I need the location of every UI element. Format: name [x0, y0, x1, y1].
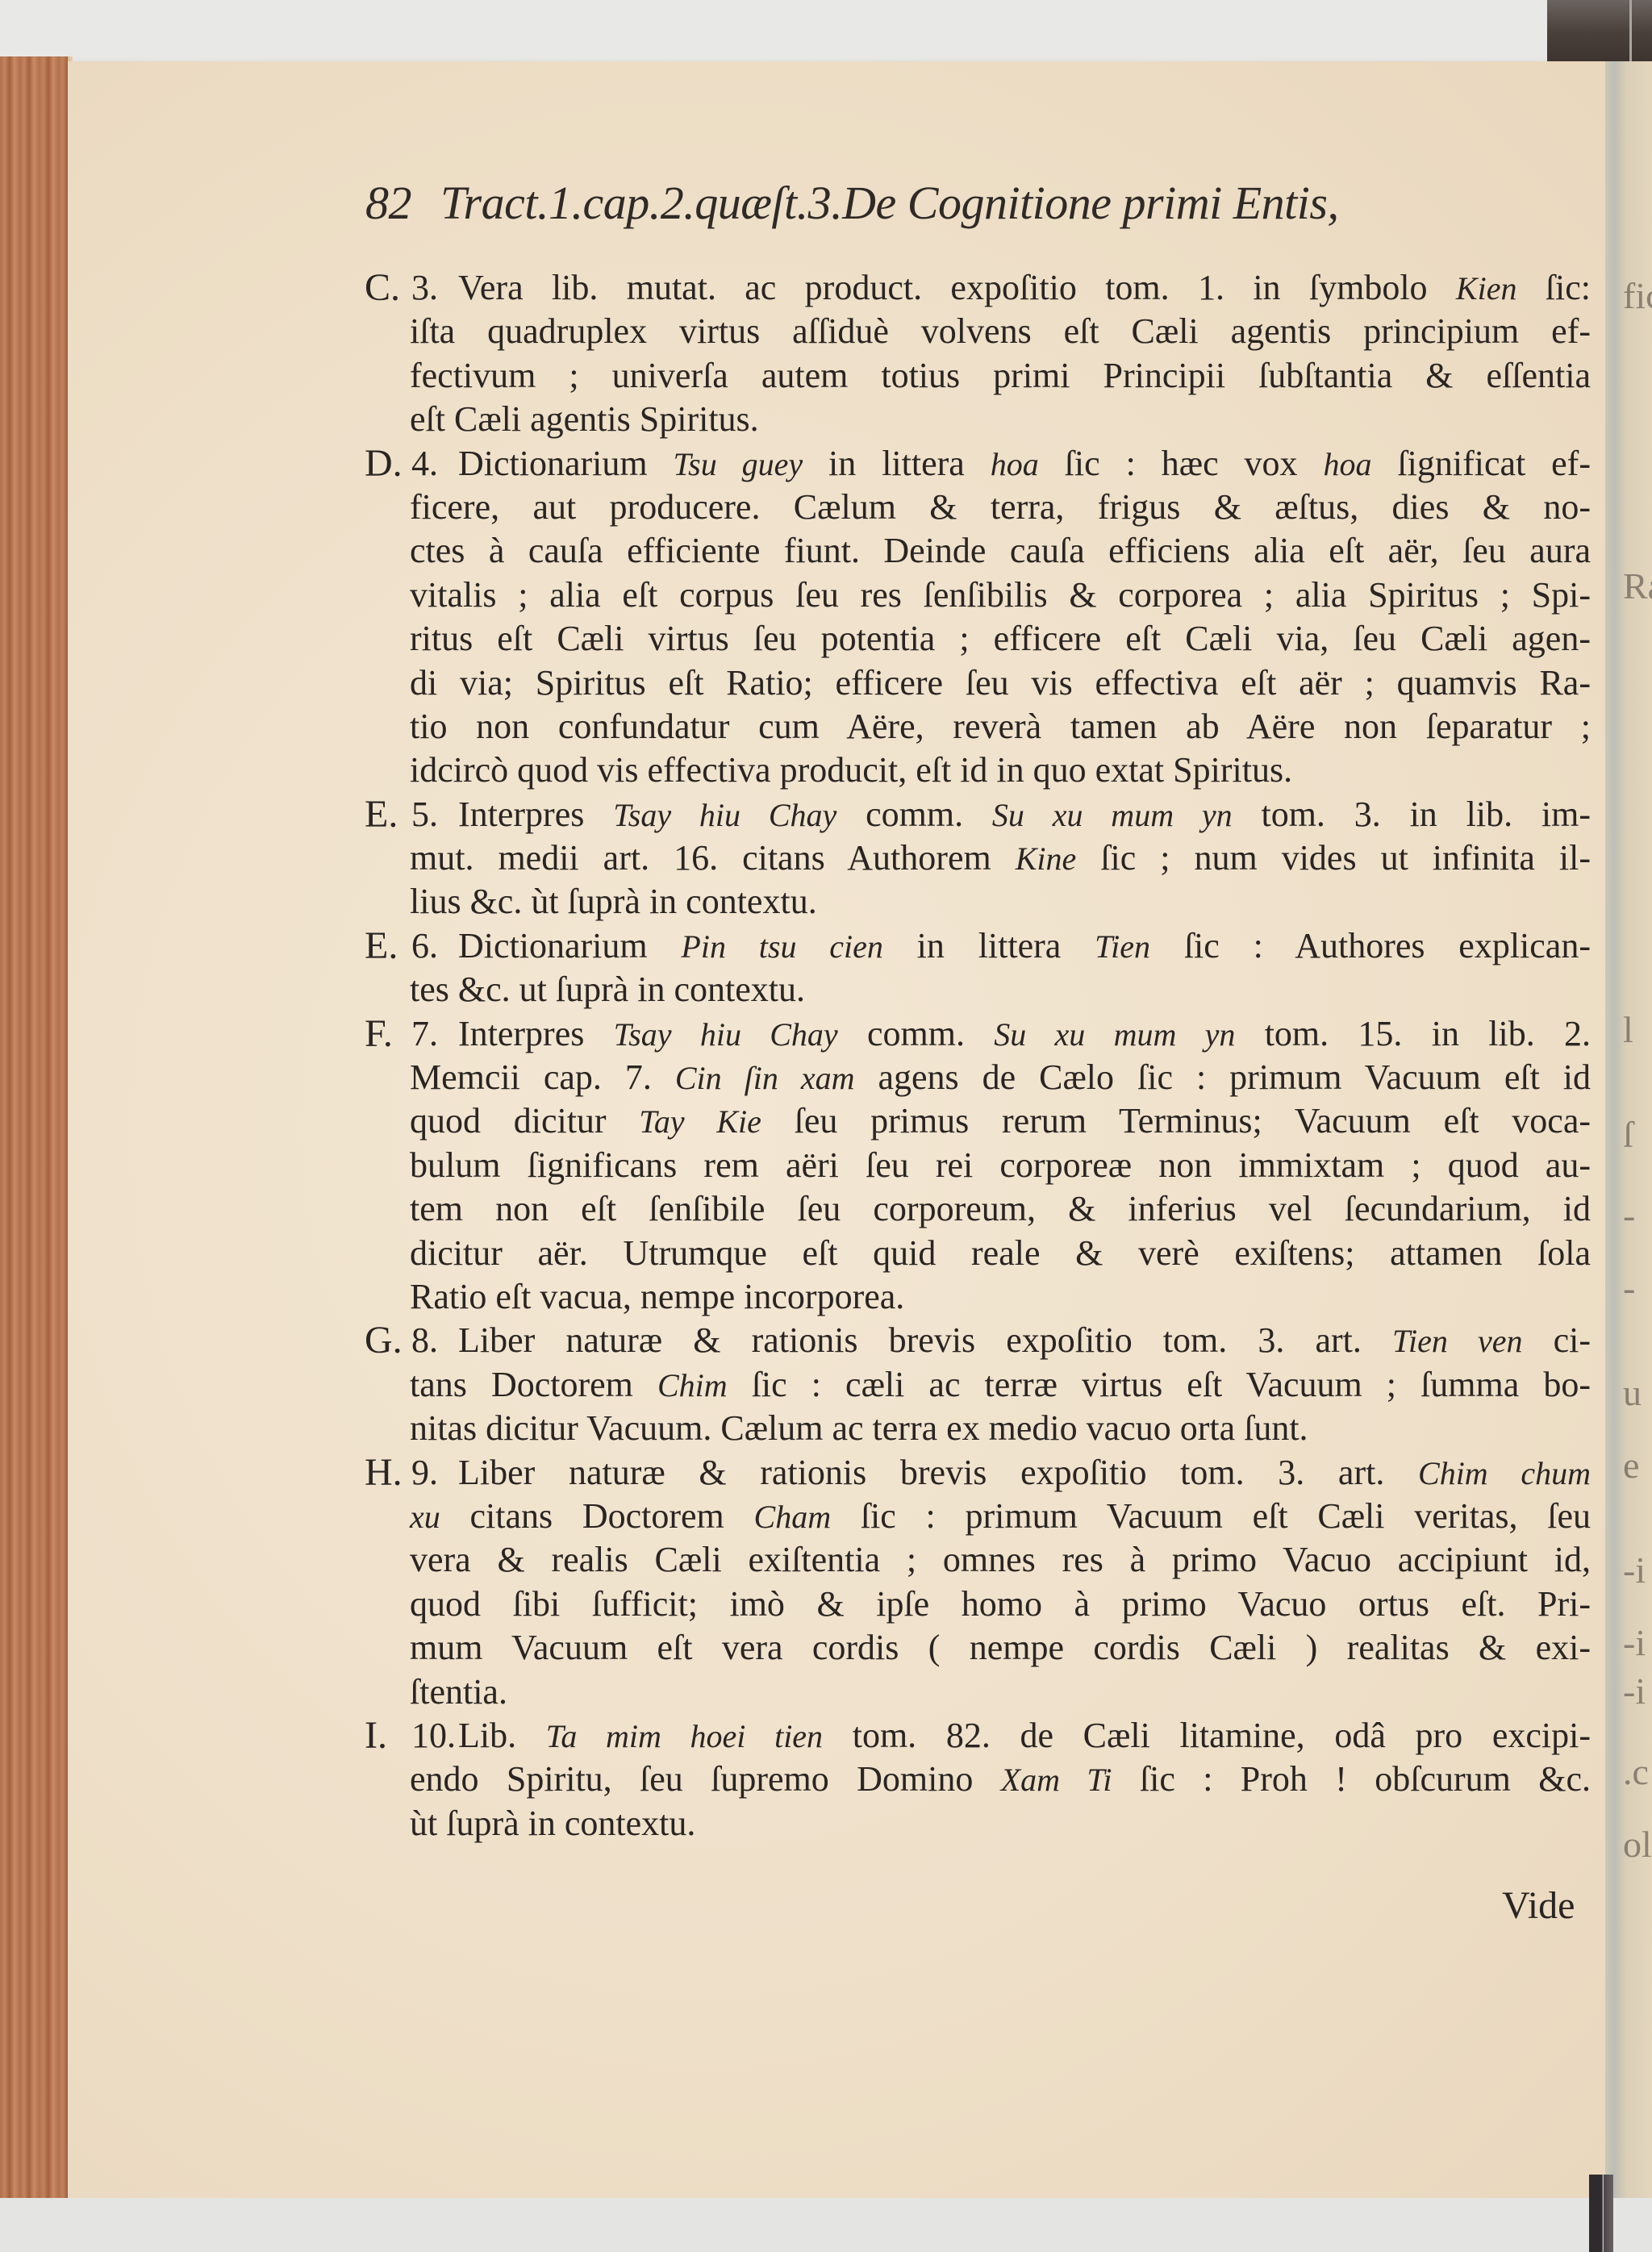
text-line: ritus eſt Cæli virtus ſeu potentia ; eff… — [365, 617, 1591, 661]
text-line: ùt ſuprà in contextu. — [365, 1802, 1591, 1845]
line-text: dicitur aër. Utrumque eſt quid reale & v… — [410, 1232, 1591, 1275]
text-run: tom. 15. in lib. 2. — [1235, 1014, 1591, 1053]
text-line: E.5.Interpres Tsay hiu Chay comm. Su xu … — [365, 793, 1591, 836]
line-text: eſt Cæli agentis Spiritus. — [410, 398, 1591, 441]
line-text: Interpres Tsay hiu Chay comm. Su xu mum … — [458, 1012, 1591, 1056]
scan-backdrop-bottom — [0, 2198, 1652, 2252]
line-text: tes &c. ut ſuprà in contextu. — [410, 968, 1591, 1011]
italic-term: Chim chum — [1418, 1455, 1591, 1491]
line-text: fectivum ; univerſa autem totius primi P… — [410, 354, 1591, 398]
text-run: ſic : hæc vox — [1039, 444, 1324, 483]
text-line: idcircò quod vis effectiva producit, eſt… — [365, 749, 1591, 792]
text-run: vitalis ; alia eſt corpus ſeu res ſenſib… — [410, 575, 1591, 615]
line-text: tio non confundatur cum Aëre, reverà tam… — [410, 705, 1591, 749]
text-run: vera & realis Cæli exiſtentia ; omnes re… — [410, 1540, 1591, 1579]
line-text: quod dicitur Tay Kie ſeu primus rerum Te… — [410, 1099, 1591, 1143]
text-line: eſt Cæli agentis Spiritus. — [365, 398, 1591, 441]
text-run: iſta quadruplex virtus aſſiduè volvens e… — [410, 311, 1591, 351]
note-entry: E.5.Interpres Tsay hiu Chay comm. Su xu … — [365, 793, 1591, 924]
italic-term: Xam Ti — [1001, 1762, 1112, 1798]
text-run: comm. — [838, 1014, 995, 1053]
note-number: 10. — [411, 1714, 458, 1758]
note-number: 5. — [411, 793, 458, 836]
text-run: dicitur aër. Utrumque eſt quid reale & v… — [410, 1233, 1591, 1273]
notes-body: C.3.Vera lib. mutat. ac product. expoſit… — [365, 266, 1591, 1845]
line-text: ſtentia. — [410, 1670, 1591, 1714]
text-line: tes &c. ut ſuprà in contextu. — [365, 968, 1591, 1011]
text-run: di via; Spiritus eſt Ratio; efficere ſeu… — [410, 663, 1591, 703]
bleed-through-glyph: - — [1623, 1194, 1635, 1237]
italic-term: Su xu mum yn — [994, 1016, 1235, 1053]
bleed-through-glyph: l — [1623, 1008, 1633, 1051]
text-run: ſic : Authores explican- — [1150, 926, 1591, 965]
text-line: endo Spiritu, ſeu ſupremo Domino Xam Ti … — [365, 1758, 1591, 1801]
text-run: Dictionarium — [458, 444, 674, 483]
italic-term: Kien — [1456, 270, 1517, 307]
bleed-through-glyph: ol — [1623, 1823, 1652, 1866]
italic-term: Chim — [657, 1367, 728, 1403]
scanner-clip-bottom — [1589, 2175, 1613, 2252]
text-run: endo Spiritu, ſeu ſupremo Domino — [410, 1759, 1001, 1799]
note-entry: G.8.Liber naturæ & rationis brevis expoſ… — [365, 1319, 1591, 1450]
text-run: ſic : cæli ac terræ virtus eſt Vacuum ; … — [728, 1365, 1591, 1404]
text-line: C.3.Vera lib. mutat. ac product. expoſit… — [365, 266, 1591, 310]
text-run: Vera lib. mutat. ac product. expoſitio t… — [458, 268, 1456, 307]
line-text: Interpres Tsay hiu Chay comm. Su xu mum … — [458, 793, 1591, 836]
line-text: Dictionarium Pin tsu cien in littera Tie… — [458, 924, 1591, 968]
note-entry: C.3.Vera lib. mutat. ac product. expoſit… — [365, 266, 1591, 442]
line-text: ctes à cauſa efficiente fiunt. Deinde ca… — [410, 529, 1591, 573]
italic-term: Pin tsu cien — [681, 928, 882, 965]
text-run: Dictionarium — [458, 926, 681, 965]
text-line: mum Vacuum eſt vera cordis ( nempe cordi… — [365, 1626, 1591, 1670]
italic-term: Tsay hiu Chay — [614, 1016, 838, 1053]
line-text: tans Doctorem Chim ſic : cæli ac terræ v… — [410, 1363, 1591, 1407]
line-text: ùt ſuprà in contextu. — [410, 1802, 1591, 1845]
text-run: lius &c. ùt ſuprà in contextu. — [410, 882, 817, 921]
text-line: quod dicitur Tay Kie ſeu primus rerum Te… — [365, 1099, 1591, 1143]
text-run: mum Vacuum eſt vera cordis ( nempe cordi… — [410, 1628, 1591, 1667]
note-marker: C. — [365, 266, 411, 310]
text-run: ſignificat ef- — [1371, 444, 1591, 483]
text-run: quod dicitur — [410, 1101, 639, 1141]
line-text: Liber naturæ & rationis brevis expoſitio… — [458, 1451, 1591, 1495]
text-run: mut. medii art. 16. citans Authorem — [410, 838, 1016, 878]
line-text: nitas dicitur Vacuum. Cælum ac terra ex … — [410, 1407, 1591, 1450]
text-run: tans Doctorem — [410, 1365, 657, 1404]
running-head: 82Tract.1.cap.2.quæſt.3.De Cognitione pr… — [365, 176, 1575, 240]
note-number: 7. — [411, 1012, 458, 1056]
text-line: lius &c. ùt ſuprà in contextu. — [365, 880, 1591, 924]
text-run: tem non eſt ſenſibile ſeu corporeum, & i… — [410, 1189, 1591, 1228]
text-line: ſtentia. — [365, 1670, 1591, 1714]
text-run: idcircò quod vis effectiva producit, eſt… — [410, 750, 1292, 790]
italic-term: Tien ven — [1392, 1323, 1523, 1359]
italic-term: Tsu guey — [674, 446, 803, 482]
text-run: quod ſibi ſufficit; imò & ipſe homo à pr… — [410, 1584, 1591, 1624]
note-marker: E. — [365, 924, 411, 968]
bleed-through-glyph: u — [1623, 1371, 1642, 1414]
text-run: ficere, aut producere. Cælum & terra, fr… — [410, 487, 1591, 527]
text-run: ſeu primus rerum Terminus; Vacuum eſt vo… — [761, 1101, 1591, 1141]
page-number: 82 — [365, 177, 411, 229]
book-edge-binding — [0, 56, 68, 2202]
line-text: Liber naturæ & rationis brevis expoſitio… — [458, 1319, 1591, 1362]
note-marker: D. — [365, 442, 411, 486]
text-line: H.9.Liber naturæ & rationis brevis expoſ… — [365, 1451, 1591, 1495]
text-line: E.6.Dictionarium Pin tsu cien in littera… — [365, 924, 1591, 968]
line-text: ritus eſt Cæli virtus ſeu potentia ; eff… — [410, 617, 1591, 661]
line-text: quod ſibi ſufficit; imò & ipſe homo à pr… — [410, 1583, 1591, 1626]
text-line: dicitur aër. Utrumque eſt quid reale & v… — [365, 1232, 1591, 1275]
text-run: ci- — [1522, 1320, 1591, 1360]
text-run: tom. 82. de Cæli litamine, odâ pro excip… — [823, 1716, 1591, 1755]
note-number: 8. — [411, 1319, 458, 1362]
text-line: bulum ſignificans rem aëri ſeu rei corpo… — [365, 1144, 1591, 1187]
text-line: I.10.Lib. Ta mim hoei tien tom. 82. de C… — [365, 1714, 1591, 1758]
text-line: iſta quadruplex virtus aſſiduè volvens e… — [365, 310, 1591, 353]
text-line: ctes à cauſa efficiente fiunt. Deinde ca… — [365, 529, 1591, 573]
line-text: iſta quadruplex virtus aſſiduè volvens e… — [410, 310, 1591, 353]
text-run: ùt ſuprà in contextu. — [410, 1804, 695, 1843]
bleed-through-glyph: ſ — [1623, 1113, 1633, 1156]
line-text: Memcii cap. 7. Cin ſin xam agens de Cælo… — [410, 1056, 1591, 1099]
text-line: vitalis ; alia eſt corpus ſeu res ſenſib… — [365, 573, 1591, 617]
text-run: agens de Cælo ſic : primum Vacuum eſt id — [854, 1057, 1591, 1097]
line-text: vera & realis Cæli exiſtentia ; omnes re… — [410, 1538, 1591, 1582]
note-marker: G. — [365, 1319, 411, 1362]
text-run: ſic ; num vides ut infinita il- — [1076, 838, 1591, 878]
italic-term: hoa — [1323, 446, 1371, 482]
text-run: eſt Cæli agentis Spiritus. — [410, 399, 759, 439]
text-line: quod ſibi ſufficit; imò & ipſe homo à pr… — [365, 1583, 1591, 1626]
bleed-through-glyph: e — [1623, 1444, 1639, 1487]
text-run: ritus eſt Cæli virtus ſeu potentia ; eff… — [410, 619, 1591, 658]
line-text: vitalis ; alia eſt corpus ſeu res ſenſib… — [410, 573, 1591, 617]
bleed-through-glyph: .c — [1623, 1750, 1649, 1793]
text-run: Liber naturæ & rationis brevis expoſitio… — [458, 1453, 1418, 1492]
running-head-title: Tract.1.cap.2.quæſt.3.De Cognitione prim… — [440, 177, 1338, 229]
text-line: Memcii cap. 7. Cin ſin xam agens de Cælo… — [365, 1056, 1591, 1099]
italic-term: hoa — [991, 446, 1039, 482]
line-text: di via; Spiritus eſt Ratio; efficere ſeu… — [410, 661, 1591, 705]
text-run: fectivum ; univerſa autem totius primi P… — [410, 356, 1591, 395]
text-line: fectivum ; univerſa autem totius primi P… — [365, 354, 1591, 398]
line-text: Lib. Ta mim hoei tien tom. 82. de Cæli l… — [458, 1714, 1591, 1758]
text-run: tom. 3. in lib. im- — [1233, 794, 1591, 834]
text-run: ſic : Proh ! obſcurum &c. — [1112, 1759, 1591, 1799]
text-run: nitas dicitur Vacuum. Cælum ac terra ex … — [410, 1408, 1308, 1448]
line-text: Vera lib. mutat. ac product. expoſitio t… — [458, 266, 1591, 310]
note-entry: E.6.Dictionarium Pin tsu cien in littera… — [365, 924, 1591, 1012]
line-text: bulum ſignificans rem aëri ſeu rei corpo… — [410, 1144, 1591, 1187]
text-line: nitas dicitur Vacuum. Cælum ac terra ex … — [365, 1407, 1591, 1450]
line-text: xu citans Doctorem Cham ſic : primum Vac… — [410, 1495, 1591, 1538]
italic-term: Cham — [754, 1499, 832, 1535]
text-run: tes &c. ut ſuprà in contextu. — [410, 970, 805, 1009]
text-line: tans Doctorem Chim ſic : cæli ac terræ v… — [365, 1363, 1591, 1407]
line-text: ficere, aut producere. Cælum & terra, fr… — [410, 486, 1591, 529]
note-entry: I.10.Lib. Ta mim hoei tien tom. 82. de C… — [365, 1714, 1591, 1845]
text-run: ſic: — [1516, 268, 1591, 307]
italic-term: Ta mim hoei tien — [546, 1718, 823, 1754]
italic-term: xu — [410, 1499, 440, 1535]
text-run: bulum ſignificans rem aëri ſeu rei corpo… — [410, 1145, 1591, 1185]
text-line: tio non confundatur cum Aëre, reverà tam… — [365, 705, 1591, 749]
note-marker: F. — [365, 1012, 411, 1056]
text-line: tem non eſt ſenſibile ſeu corporeum, & i… — [365, 1187, 1591, 1231]
line-text: mum Vacuum eſt vera cordis ( nempe cordi… — [410, 1626, 1591, 1670]
italic-term: Tay Kie — [639, 1103, 761, 1140]
note-entry: F.7.Interpres Tsay hiu Chay comm. Su xu … — [365, 1012, 1591, 1320]
bleed-through-glyph: -i — [1623, 1549, 1646, 1591]
line-text: lius &c. ùt ſuprà in contextu. — [410, 880, 1591, 924]
line-text: endo Spiritu, ſeu ſupremo Domino Xam Ti … — [410, 1758, 1591, 1801]
text-run: Liber naturæ & rationis brevis expoſitio… — [458, 1320, 1392, 1360]
note-marker: I. — [365, 1714, 411, 1758]
italic-term: Cin ſin xam — [675, 1060, 855, 1096]
line-text: mut. medii art. 16. citans Authorem Kine… — [410, 836, 1591, 880]
note-number: 4. — [411, 442, 458, 486]
text-line: D.4.Dictionarium Tsu guey in littera hoa… — [365, 442, 1591, 486]
line-text: Ratio eſt vacua, nempe incorporea. — [410, 1275, 1591, 1319]
note-entry: H.9.Liber naturæ & rationis brevis expoſ… — [365, 1451, 1591, 1714]
italic-term: Su xu mum yn — [992, 797, 1233, 833]
text-run: in littera — [803, 444, 991, 483]
text-line: Ratio eſt vacua, nempe incorporea. — [365, 1275, 1591, 1319]
scan-backdrop-top — [0, 0, 1652, 58]
note-entry: D.4.Dictionarium Tsu guey in littera hoa… — [365, 442, 1591, 793]
text-line: ficere, aut producere. Cælum & terra, fr… — [365, 486, 1591, 529]
text-line: F.7.Interpres Tsay hiu Chay comm. Su xu … — [365, 1012, 1591, 1056]
text-run: citans Doctorem — [440, 1496, 754, 1536]
text-run: in littera — [883, 926, 1095, 965]
text-run: Memcii cap. 7. — [410, 1057, 675, 1097]
text-line: di via; Spiritus eſt Ratio; efficere ſeu… — [365, 661, 1591, 705]
note-number: 6. — [411, 924, 458, 968]
line-text: Dictionarium Tsu guey in littera hoa ſic… — [458, 442, 1591, 486]
bleed-through-glyph: -i — [1623, 1621, 1646, 1664]
text-line: G.8.Liber naturæ & rationis brevis expoſ… — [365, 1319, 1591, 1362]
text-run: ctes à cauſa efficiente fiunt. Deinde ca… — [410, 531, 1591, 570]
bleed-through-glyph: - — [1623, 1266, 1635, 1309]
note-number: 9. — [411, 1451, 458, 1495]
text-run: ſic : primum Vacuum eſt Cæli veritas, ſe… — [831, 1496, 1591, 1536]
line-text: tem non eſt ſenſibile ſeu corporeum, & i… — [410, 1187, 1591, 1231]
line-text: idcircò quod vis effectiva producit, eſt… — [410, 749, 1591, 792]
text-run: Interpres — [458, 1014, 614, 1053]
note-marker: E. — [365, 793, 411, 836]
text-run: ſtentia. — [410, 1672, 507, 1712]
italic-term: Tien — [1095, 928, 1150, 965]
text-run: tio non confundatur cum Aëre, reverà tam… — [410, 707, 1591, 746]
text-run: Ratio eſt vacua, nempe incorporea. — [410, 1277, 904, 1316]
bleed-through-glyph: Ra- — [1623, 565, 1652, 607]
text-line: xu citans Doctorem Cham ſic : primum Vac… — [365, 1495, 1591, 1538]
text-run: comm. — [836, 794, 992, 834]
italic-term: Tsay hiu Chay — [613, 797, 836, 833]
text-line: vera & realis Cæli exiſtentia ; omnes re… — [365, 1538, 1591, 1582]
catchword: Vide — [1502, 1883, 1575, 1928]
note-marker: H. — [365, 1451, 411, 1495]
bleed-through-glyph: -i — [1623, 1670, 1646, 1712]
italic-term: Kine — [1016, 840, 1077, 877]
text-run: Interpres — [458, 794, 613, 834]
bleed-through-glyph: fic: — [1623, 274, 1652, 317]
note-number: 3. — [411, 266, 458, 310]
text-line: mut. medii art. 16. citans Authorem Kine… — [365, 836, 1591, 880]
text-run: Lib. — [458, 1716, 546, 1755]
